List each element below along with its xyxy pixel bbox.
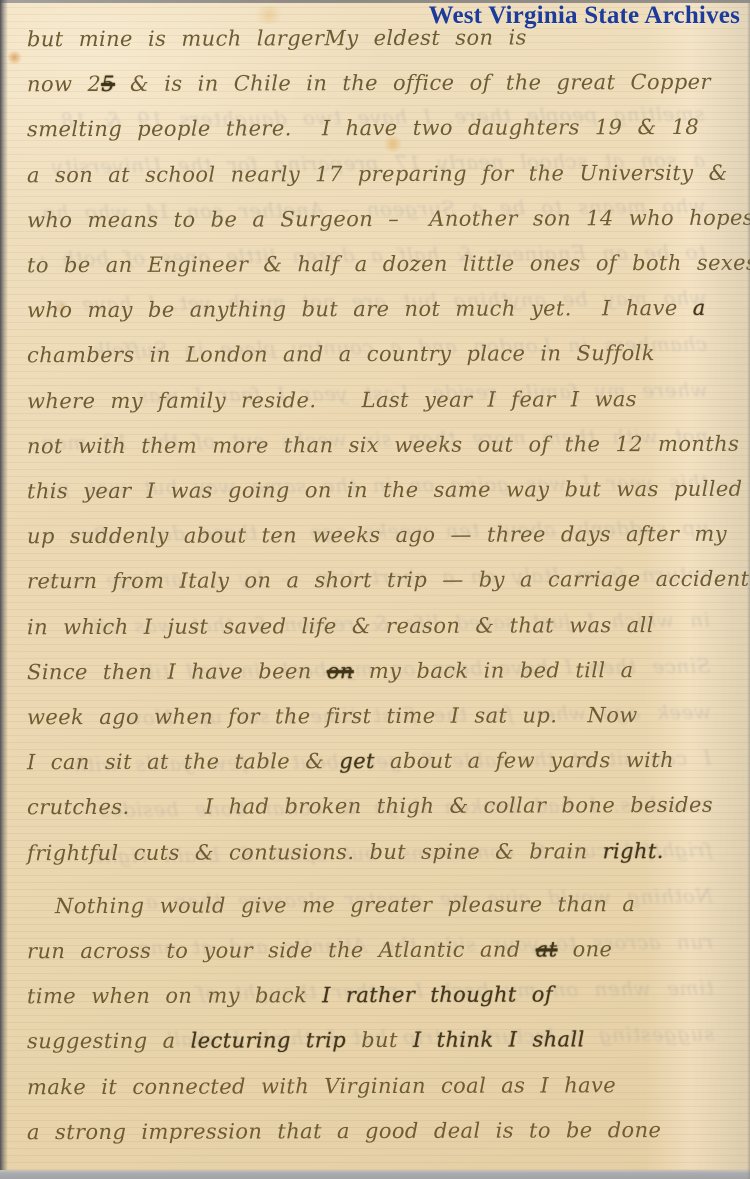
archives-watermark: West Virginia State Archives	[429, 2, 740, 30]
handwritten-line: run across to your side the Atlantic and…	[27, 935, 736, 965]
handwriting-segment: get	[339, 749, 375, 773]
handwritten-line: Since then I have been on my back in bed…	[27, 656, 736, 686]
handwriting-segment: crutches. I had broken thigh & collar bo…	[27, 793, 713, 819]
scribbled-word: 5	[101, 72, 115, 96]
scribbled-word: at	[536, 937, 558, 961]
handwritten-line: crutches. I had broken thigh & collar bo…	[27, 791, 736, 821]
handwritten-line: frightful cuts & contusions. but spine &…	[27, 836, 736, 866]
handwriting-segment: now 2	[27, 72, 101, 96]
handwritten-line: who means to be a Surgeon – Another son …	[27, 204, 736, 234]
handwriting-segment: a strong impression that a good deal is …	[27, 1118, 661, 1144]
handwriting-segment: smelting people there. I have two daught…	[27, 115, 699, 141]
handwritten-line: return from Italy on a short trip — by a…	[27, 565, 736, 595]
handwriting-segment: return from Italy on a short trip — by a…	[27, 567, 750, 594]
handwriting-segment: time when on my back	[27, 983, 322, 1008]
handwriting-segment: make it connected with Virginian coal as…	[27, 1073, 616, 1099]
handwriting-segment: about a few yards with	[375, 748, 674, 773]
handwriting-segment: Nothing would give me greater pleasure t…	[55, 892, 635, 918]
handwriting-segment: I rather thought of	[322, 983, 553, 1008]
handwriting-segment: I can sit at the table &	[27, 749, 339, 774]
handwriting-segment: not with them more than six weeks out of…	[27, 432, 739, 458]
handwritten-line: suggesting a lecturing trip but I think …	[27, 1025, 736, 1055]
handwriting-segment: frightful cuts & contusions. but spine &…	[27, 839, 603, 865]
handwritten-line: now 25 & is in Chile in the office of th…	[27, 68, 736, 98]
handwriting-segment: a	[693, 296, 706, 320]
handwritten-line: week ago when for the first time I sat u…	[27, 701, 736, 731]
handwritten-line: Nothing would give me greater pleasure t…	[27, 890, 736, 920]
handwritten-line: a son at school nearly 17 preparing for …	[27, 158, 736, 188]
scanned-letter-page: smelting people there. I have two daught…	[0, 0, 750, 1179]
handwritten-line: this year I was going on in the same way…	[27, 475, 736, 505]
handwriting-segment: chambers in London and a country place i…	[27, 341, 655, 367]
handwritten-line: make it connected with Virginian coal as…	[27, 1070, 736, 1100]
handwriting-segment: a son at school nearly 17 preparing for …	[27, 160, 728, 186]
handwriting-segment: I think I shall	[413, 1028, 585, 1053]
handwritten-line: a strong impression that a good deal is …	[27, 1116, 736, 1146]
handwritten-line: smelting people there. I have two daught…	[27, 113, 736, 143]
handwritten-line: up suddenly about ten weeks ago — three …	[27, 520, 736, 550]
handwriting-segment: this year I was going on in the same way…	[27, 477, 743, 503]
handwritten-line: to be an Engineer & half a dozen little …	[27, 249, 736, 279]
handwritten-line: where my family reside. Last year I fear…	[27, 384, 736, 414]
handwritten-line: in which I just saved life & reason & th…	[27, 610, 736, 640]
letter-body: but mine is much largerMy eldest son isn…	[0, 0, 750, 1179]
handwriting-segment: one	[557, 937, 612, 961]
handwriting-segment: suggesting a	[27, 1029, 191, 1054]
handwriting-segment: right.	[603, 839, 664, 863]
handwriting-segment: who may be anything but are not much yet…	[27, 296, 693, 322]
handwriting-segment: but mine is much larger	[27, 26, 324, 51]
handwriting-segment: lecturing trip	[191, 1029, 347, 1054]
handwriting-segment: in which I just saved life & reason & th…	[27, 613, 654, 639]
handwritten-line: who may be anything but are not much yet…	[27, 294, 736, 324]
handwriting-segment: Since then I have been	[27, 659, 327, 684]
handwritten-line: I can sit at the table & get about a few…	[27, 746, 736, 776]
handwriting-segment: to be an Engineer & half a dozen little …	[27, 251, 750, 278]
handwriting-segment: & is in Chile in the office of the great…	[115, 70, 711, 96]
scribbled-word: on	[327, 659, 354, 683]
handwriting-segment: but	[346, 1028, 413, 1052]
handwriting-segment: up suddenly about ten weeks ago — three …	[27, 522, 727, 548]
handwritten-line: not with them more than six weeks out of…	[27, 430, 736, 460]
handwriting-segment: week ago when for the first time I sat u…	[27, 703, 638, 729]
handwriting-segment: my back in bed till a	[354, 658, 634, 683]
handwritten-line: time when on my back I rather thought of	[27, 980, 736, 1010]
handwriting-segment: run across to your side the Atlantic and	[27, 937, 536, 963]
handwriting-segment: where my family reside. Last year I fear…	[27, 387, 637, 413]
handwriting-segment: who means to be a Surgeon – Another son …	[27, 205, 750, 232]
handwritten-line: chambers in London and a country place i…	[27, 339, 736, 369]
